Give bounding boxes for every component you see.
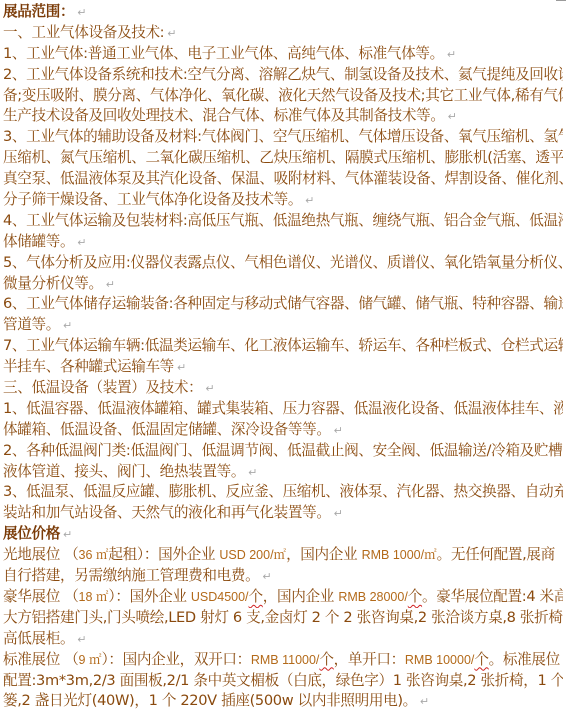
- subsection-cryogenic-equipment: 三、低温设备（装置）及技术：↵: [3, 378, 563, 399]
- item-text: 5、气体分析及应用:仪器仪表露点仪、气相色谱仪、光谱仪、质谱仪、氧化锆氧量分析仪…: [3, 254, 563, 271]
- paragraph-mark-icon: ↵: [63, 528, 72, 541]
- price-text: ，国内企业: [286, 546, 362, 563]
- paragraph-mark-icon: ↵: [167, 27, 176, 40]
- page-edge-rule: [556, 0, 566, 1]
- item-text: 管道等。: [3, 316, 60, 333]
- cryo-item-3-line-1: 3、低温泵、低温反应罐、膨胀机、反应釜、压缩机、液体泵、汽化器、热交换器、自动充: [3, 482, 563, 503]
- price-text: 自行搭建，另需缴纳施工管理费和电费。: [3, 567, 259, 584]
- list-item-6-line-2: 管道等。↵: [3, 315, 563, 336]
- item-text: 6、工业气体储存运输装备:各种固定与移动式储气容器、储气罐、储气瓶、特种容器、输…: [3, 295, 563, 312]
- domestic-price: RMB 1000/㎡: [362, 548, 437, 562]
- unit-text: 个: [474, 651, 488, 668]
- list-item-3-line-4: 分子筛干燥设备、工业气体净化设备及技术等。↵: [3, 190, 563, 211]
- list-item-4-line-1: 4、工业气体运输及包装材料:高低压气瓶、低温绝热气瓶、缠绕气瓶、铝合金气瓶、低温…: [3, 211, 563, 232]
- config-text: 篓,2 盏日光灯(40W)，1 个 220V 插座(500w 以内非照明用电)。: [3, 692, 417, 709]
- item-text: 压缩机、氮气压缩机、二氧化碳压缩机、乙炔压缩机、隔膜式压缩机、膨胀机(活塞、透平…: [3, 149, 563, 166]
- booth-type-label: 光地展位 （: [3, 546, 79, 563]
- foreign-price: USD4500/: [191, 590, 249, 604]
- item-text: 2、各种低温阀门类:低温阀门、低温调节阀、低温截止阀、安全阀、低温输送/冷箱及贮…: [3, 442, 562, 459]
- heading-text: 展品范围：: [3, 3, 74, 20]
- item-text: 2、工业气体设备系统和技术:空气分离、溶解乙炔气、制氢设备及技术、氦气提纯及回收…: [3, 66, 563, 83]
- foreign-price: USD 200/㎡: [219, 548, 286, 562]
- paragraph-mark-icon: ↵: [447, 48, 456, 61]
- cryo-item-2-line-1: 2、各种低温阀门类:低温阀门、低温调节阀、低温截止阀、安全阀、低温输送/冷箱及贮…: [3, 441, 563, 462]
- cryo-item-3-line-2: 装站和加气站设备、天然气的液化和再气化装置等。↵: [3, 503, 563, 524]
- item-text: 体罐箱、低温设备、低温固定储罐、深冷设备等等。: [3, 421, 331, 438]
- raw-space-price-line-1: 光地展位 （36 ㎡起租）：国外企业 USD 200/㎡，国内企业 RMB 10…: [3, 545, 563, 566]
- item-text: 体储罐等。: [3, 233, 74, 250]
- section-heading-exhibit-scope: 展品范围：↵: [3, 2, 563, 23]
- config-text: 配置:3m*3m,2/3 面围板,2/1 条中英文楣板（白底，绿色字）1 张咨询…: [3, 672, 563, 689]
- domestic-price: RMB 28000/: [338, 590, 407, 604]
- luxury-booth-price-line-1: 豪华展位 （18 ㎡）：国外企业 USD4500/个，国内企业 RMB 2800…: [3, 587, 563, 608]
- item-text: 液体管道、接头、阀门、绝热装置等。: [3, 463, 245, 480]
- single-opening-price: RMB 10000/: [405, 653, 474, 667]
- list-item-7-line-1: 7、工业气体运输车辆:低温类运输车、化工液体运输车、轿运车、各种栏板式、仓栏式运…: [3, 336, 563, 357]
- unit-text: 个: [249, 588, 263, 605]
- list-item-7-line-2: 半挂车、各种罐式运输车等↵: [3, 357, 563, 378]
- paragraph-mark-icon: ↵: [262, 570, 271, 583]
- item-text: 半挂车、各种罐式运输车等: [3, 358, 174, 375]
- list-item-3-line-1: 3、工业气体的辅助设备及材料:气体阀门、空气压缩机、气体增压设备、氧气压缩机、氢…: [3, 127, 563, 148]
- booth-area: 36 ㎡: [79, 548, 109, 562]
- price-text: ，单开口：: [334, 651, 405, 668]
- paragraph-mark-icon: ↵: [177, 361, 186, 374]
- paragraph-mark-icon: ↵: [305, 194, 314, 207]
- paragraph-mark-icon: ↵: [420, 695, 429, 708]
- price-text: ，国内企业: [263, 588, 339, 605]
- item-text: 3、工业气体的辅助设备及材料:气体阀门、空气压缩机、气体增压设备、氧气压缩机、氢…: [3, 128, 563, 145]
- paragraph-mark-icon: ↵: [205, 382, 214, 395]
- price-text: 起租）：国外企业: [108, 546, 219, 563]
- item-text: 真空泵、低温液体泵及其汽化设备、保温、吸附材料、气体灌装设备、焊割设备、催化剂、: [3, 170, 563, 187]
- paragraph-mark-icon: ↵: [248, 466, 257, 479]
- item-text: 备;变压吸附、膜分离、气体净化、氧化碳、液化天然气设备及技术;其它工业气体,稀有…: [3, 87, 563, 104]
- luxury-booth-price-line-3: 高低展柜。↵: [3, 629, 563, 650]
- item-text: 1、工业气体:普通工业气体、电子工业气体、高纯气体、标准气体等。: [3, 45, 444, 62]
- item-text: 4、工业气体运输及包装材料:高低压气瓶、低温绝热气瓶、缠绕气瓶、铝合金气瓶、低温…: [3, 212, 563, 229]
- subsection-text: 三、低温设备（装置）及技术：: [3, 379, 202, 396]
- price-text: ）：国内企业，双开口：: [101, 651, 250, 668]
- paragraph-mark-icon: ↵: [448, 110, 457, 123]
- price-text: 。无任何配置,展商: [437, 546, 555, 563]
- standard-booth-price-line-3: 篓,2 盏日光灯(40W)，1 个 220V 插座(500w 以内非照明用电)。…: [3, 691, 563, 712]
- unit-text: 个: [319, 651, 333, 668]
- paragraph-mark-icon: ↵: [63, 319, 72, 332]
- list-item-3-line-3: 真空泵、低温液体泵及其汽化设备、保温、吸附材料、气体灌装设备、焊割设备、催化剂、: [3, 169, 563, 190]
- subsection-industrial-gas-equipment: 一、工业气体设备及技术:↵: [3, 23, 563, 44]
- price-text: ）：国外企业: [108, 588, 190, 605]
- unit-text: 个: [408, 588, 422, 605]
- document-body[interactable]: 展品范围：↵ 一、工业气体设备及技术:↵ 1、工业气体:普通工业气体、电子工业气…: [3, 2, 563, 712]
- list-item-1: 1、工业气体:普通工业气体、电子工业气体、高纯气体、标准气体等。↵: [3, 44, 563, 65]
- subsection-text: 一、工业气体设备及技术:: [3, 24, 164, 41]
- raw-space-price-line-2: 自行搭建，另需缴纳施工管理费和电费。↵: [3, 566, 563, 587]
- price-text: 。豪华展位配置:4 米高: [422, 588, 563, 605]
- item-text: 装站和加气站设备、天然气的液化和再气化装置等。: [3, 504, 331, 521]
- config-text: 大方铝搭建门头,门头喷绘,LED 射灯 6 支,金卤灯 2 个 2 张咨询桌,2…: [3, 609, 563, 626]
- item-text: 1、低温容器、低温液体罐箱、罐式集装箱、压力容器、低温液化设备、低温液体挂车、液: [3, 400, 563, 417]
- item-text: 7、工业气体运输车辆:低温类运输车、化工液体运输车、轿运车、各种栏板式、仓栏式运…: [3, 337, 563, 354]
- standard-booth-price-line-1: 标准展位 （9 ㎡）：国内企业，双开口：RMB 11000/个，单开口：RMB …: [3, 650, 563, 671]
- config-text: 高低展柜。: [3, 630, 74, 647]
- booth-area: 9 ㎡: [79, 653, 102, 667]
- double-opening-price: RMB 11000/: [251, 653, 320, 667]
- item-text: 3、低温泵、低温反应罐、膨胀机、反应釜、压缩机、液体泵、汽化器、热交换器、自动充: [3, 483, 563, 500]
- standard-booth-price-line-2: 配置:3m*3m,2/3 面围板,2/1 条中英文楣板（白底，绿色字）1 张咨询…: [3, 671, 563, 692]
- heading-text: 展位价格: [3, 525, 60, 542]
- cryo-item-1-line-1: 1、低温容器、低温液体罐箱、罐式集装箱、压力容器、低温液化设备、低温液体挂车、液: [3, 399, 563, 420]
- list-item-6-line-1: 6、工业气体储存运输装备:各种固定与移动式储气容器、储气罐、储气瓶、特种容器、输…: [3, 294, 563, 315]
- list-item-2-line-2: 备;变压吸附、膜分离、气体净化、氧化碳、液化天然气设备及技术;其它工业气体,稀有…: [3, 86, 563, 107]
- list-item-3-line-2: 压缩机、氮气压缩机、二氧化碳压缩机、乙炔压缩机、隔膜式压缩机、膨胀机(活塞、透平…: [3, 148, 563, 169]
- item-text: 分子筛干燥设备、工业气体净化设备及技术等。: [3, 191, 302, 208]
- list-item-5-line-2: 微量分析仪等。↵: [3, 274, 563, 295]
- cryo-item-1-line-2: 体罐箱、低温设备、低温固定储罐、深冷设备等等。↵: [3, 420, 563, 441]
- booth-type-label: 豪华展位 （: [3, 588, 79, 605]
- price-text: 。标准展位: [489, 651, 560, 668]
- list-item-2-line-3: 生产技术设备及回收处理技术、混合气体、标准气体及其制备技术等。↵: [3, 106, 563, 127]
- paragraph-mark-icon: ↵: [334, 424, 343, 437]
- paragraph-mark-icon: ↵: [77, 6, 86, 19]
- booth-type-label: 标准展位 （: [3, 651, 79, 668]
- list-item-4-line-2: 体储罐等。↵: [3, 232, 563, 253]
- list-item-2-line-1: 2、工业气体设备系统和技术:空气分离、溶解乙炔气、制氢设备及技术、氦气提纯及回收…: [3, 65, 563, 86]
- list-item-5-line-1: 5、气体分析及应用:仪器仪表露点仪、气相色谱仪、光谱仪、质谱仪、氧化锆氧量分析仪…: [3, 253, 563, 274]
- item-text: 生产技术设备及回收处理技术、混合气体、标准气体及其制备技术等。: [3, 107, 445, 124]
- luxury-booth-price-line-2: 大方铝搭建门头,门头喷绘,LED 射灯 6 支,金卤灯 2 个 2 张咨询桌,2…: [3, 608, 563, 629]
- section-heading-booth-prices: 展位价格↵: [3, 524, 563, 545]
- item-text: 微量分析仪等。: [3, 275, 103, 292]
- paragraph-mark-icon: ↵: [77, 633, 86, 646]
- booth-area: 18 ㎡: [79, 590, 109, 604]
- paragraph-mark-icon: ↵: [77, 236, 86, 249]
- paragraph-mark-icon: ↵: [334, 507, 343, 520]
- paragraph-mark-icon: ↵: [106, 278, 115, 291]
- cryo-item-2-line-2: 液体管道、接头、阀门、绝热装置等。↵: [3, 462, 563, 483]
